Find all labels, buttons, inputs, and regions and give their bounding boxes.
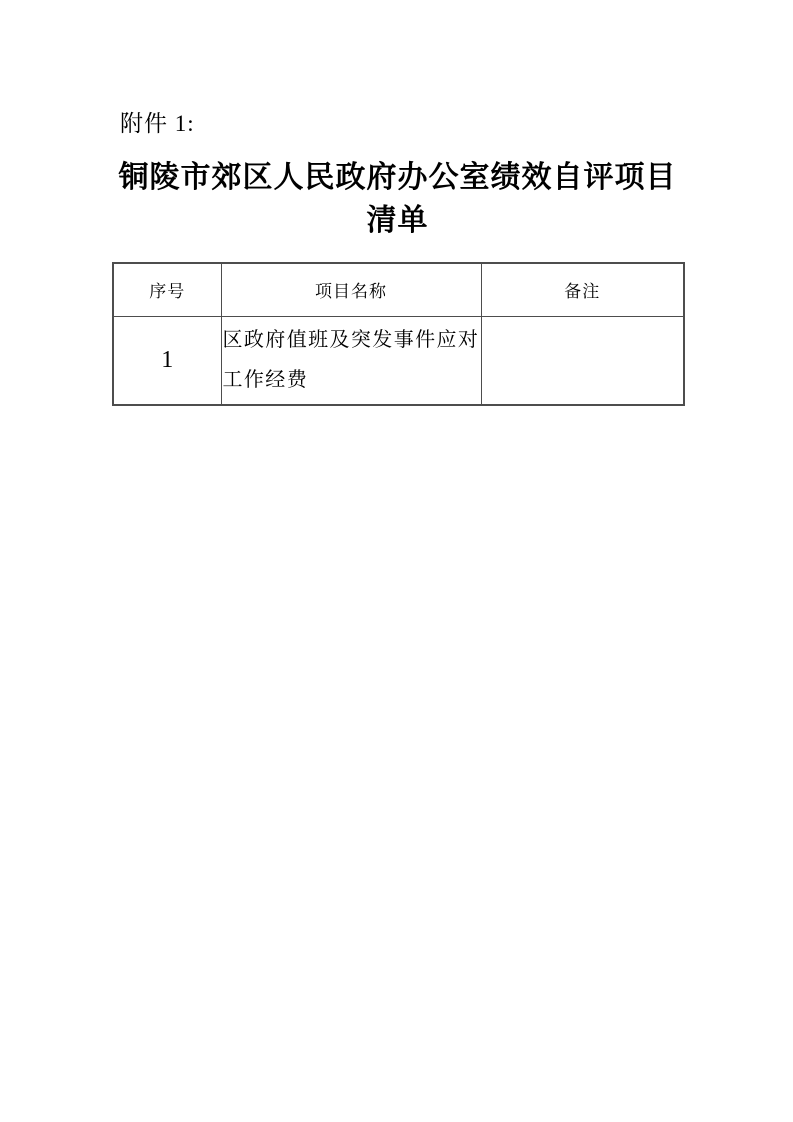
cell-remark xyxy=(481,316,684,405)
header-cell-index: 序号 xyxy=(113,263,221,316)
document-page: 附件 1: 铜陵市郊区人民政府办公室绩效自评项目 清单 序号 项目名称 备注 1… xyxy=(0,0,793,1122)
table-header-row: 序号 项目名称 备注 xyxy=(113,263,684,316)
cell-project-name-text: 区政府值班及突发事件应对工作经费 xyxy=(223,320,483,400)
attachment-label: 附件 1: xyxy=(120,108,195,140)
cell-project-name: 区政府值班及突发事件应对工作经费 xyxy=(221,316,481,405)
cell-index: 1 xyxy=(113,316,221,405)
document-title: 铜陵市郊区人民政府办公室绩效自评项目 清单 xyxy=(112,156,683,242)
project-list-table: 序号 项目名称 备注 1 区政府值班及突发事件应对工作经费 xyxy=(112,262,685,406)
header-cell-project-name: 项目名称 xyxy=(221,263,481,316)
table-row: 1 区政府值班及突发事件应对工作经费 xyxy=(113,316,684,405)
header-cell-remark: 备注 xyxy=(481,263,684,316)
document-title-line-2: 清单 xyxy=(112,199,683,242)
document-title-line-1: 铜陵市郊区人民政府办公室绩效自评项目 xyxy=(112,156,683,199)
